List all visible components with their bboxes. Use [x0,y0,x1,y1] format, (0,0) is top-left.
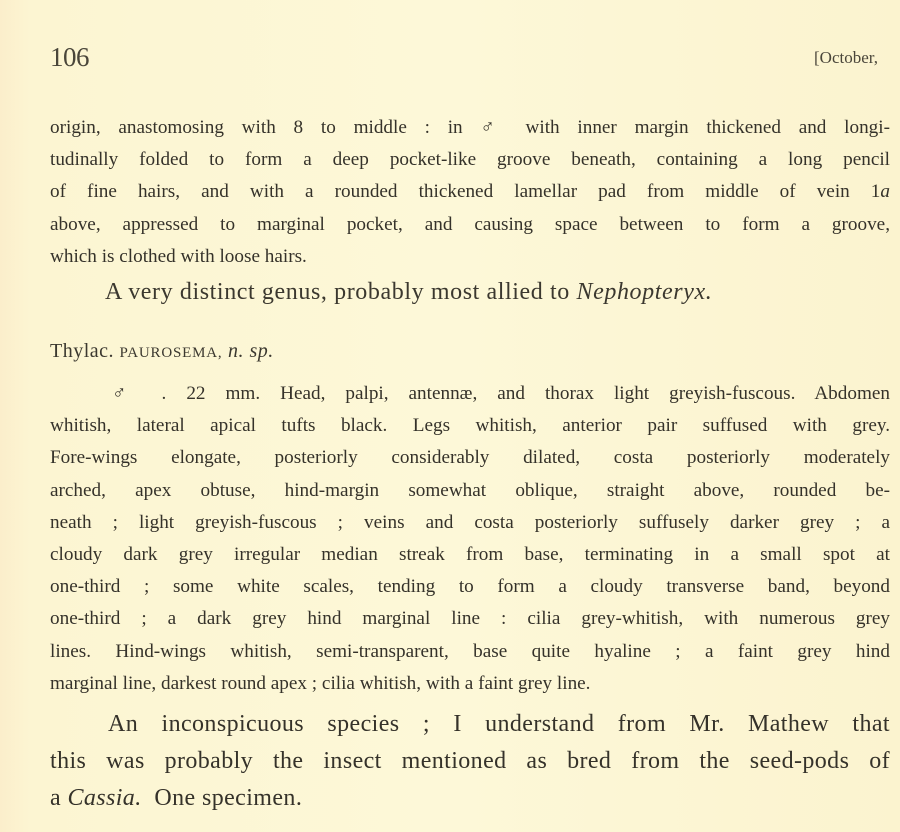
plant-genus-italic: Cassia. [67,785,141,811]
text-line: tudinally folded to form a deep pocket-l… [50,144,890,176]
text-line: An inconspicuous species ; I understand … [50,706,890,743]
page-number: 106 [50,42,89,73]
genus-remark: A very distinct genus, probably most all… [105,279,712,306]
text-line: lines. Hind-wings whitish, semi-transpar… [50,636,890,668]
text-line: ♂ . 22 mm. Head, palpi, antennæ, and tho… [50,378,890,410]
text-line: one-third ; some white scales, tending t… [50,571,890,603]
text-line: of fine hairs, and with a rounded thicke… [50,176,890,208]
text-line: a Cassia. One specimen. [50,780,890,817]
text-line: one-third ; a dark grey hind marginal li… [50,603,890,635]
text-line: marginal line, darkest round apex ; cili… [50,668,890,700]
species-heading: Thylac. paurosema, n. sp. [50,340,274,363]
genus-name-italic: Nephopteryx. [576,279,712,305]
text-line: cloudy dark grey irregular median streak… [50,539,890,571]
text-line: origin, anastomosing with 8 to middle : … [50,112,890,144]
text-line: this was probably the insect mentioned a… [50,743,890,780]
text-line: above, appressed to marginal pocket, and… [50,209,890,241]
closing-remark: An inconspicuous species ; I understand … [50,706,890,817]
remark-text: A very distinct genus, probably most all… [105,279,576,305]
text-line: which is clothed with loose hairs. [50,241,890,273]
text-line: Fore-wings elongate, posteriorly conside… [50,442,890,474]
vein-label-italic: a [880,181,890,202]
running-head-month: [October, [814,48,878,68]
genus-abbreviation: Thylac. [50,340,114,362]
text-fragment: One specimen. [142,785,303,811]
text-fragment: of fine hairs, and with a rounded thicke… [50,181,880,202]
species-description-paragraph: ♂ . 22 mm. Head, palpi, antennæ, and tho… [50,378,890,700]
genus-description-paragraph: origin, anastomosing with 8 to middle : … [50,112,890,273]
text-line: neath ; light greyish-fuscous ; veins an… [50,507,890,539]
text-line: arched, apex obtuse, hind-margin somewha… [50,475,890,507]
new-species-label: n. sp. [228,340,274,362]
text-fragment: a [50,785,67,811]
species-name: paurosema, [120,345,223,361]
text-line: whitish, lateral apical tufts black. Leg… [50,410,890,442]
